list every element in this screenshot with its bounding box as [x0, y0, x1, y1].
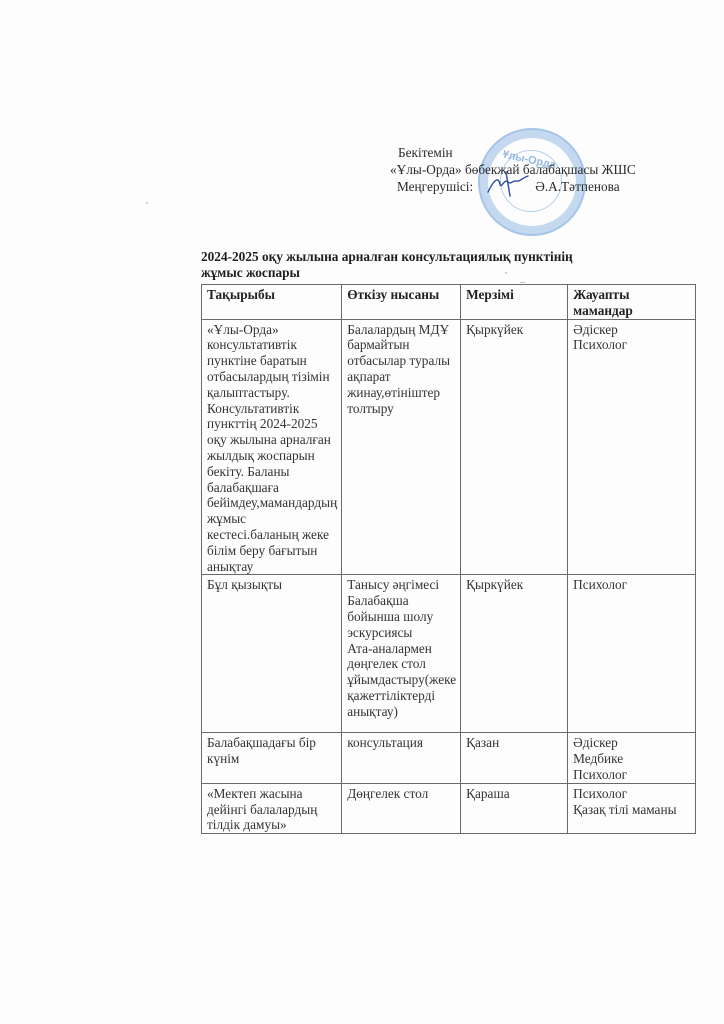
responsible-person: Қазақ тілі маманы: [573, 802, 691, 818]
form-item: Балабақша бойынша шолу эскурсиясы: [347, 593, 456, 640]
header-term: Мерзімі: [461, 285, 568, 320]
responsible-person: Психолог: [573, 767, 691, 783]
table-header-row: Тақырыбы Өткізу нысаны Мерзімі Жауапты м…: [202, 285, 696, 320]
head-line: Меңгерушісі:Ә.А.Тәтпенова: [390, 178, 636, 195]
cell-responsible: Әдіскер Медбике Психолог: [568, 733, 696, 783]
responsible-person: Әдіскер: [573, 735, 691, 751]
consultation-plan-table: Тақырыбы Өткізу нысаны Мерзімі Жауапты м…: [201, 284, 696, 834]
cell-responsible: Психолог Қазақ тілі маманы: [568, 783, 696, 833]
organization-name: «Ұлы-Орда» бөбекжай балабақшасы ЖШС: [390, 161, 636, 178]
scan-speck: [520, 282, 525, 283]
cell-term: Қыркүйек: [461, 575, 568, 733]
form-item: Танысу әңгімесі: [347, 577, 456, 593]
cell-form: консультация: [342, 733, 461, 783]
approval-block: Бекітемін «Ұлы-Орда» бөбекжай балабақшас…: [390, 144, 636, 195]
cell-responsible: Әдіскер Психолог: [568, 319, 696, 575]
head-name: Ә.А.Тәтпенова: [535, 179, 619, 194]
header-responsible: Жауапты мамандар: [568, 285, 696, 320]
responsible-person: Психолог: [573, 577, 691, 593]
approved-label: Бекітемін: [390, 144, 636, 161]
responsible-person: Психолог: [573, 337, 691, 353]
table-row: Бұл қызықты Танысу әңгімесі Балабақша бо…: [202, 575, 696, 733]
cell-topic: Бұл қызықты: [202, 575, 342, 733]
responsible-person: Психолог: [573, 786, 691, 802]
header-topic: Тақырыбы: [202, 285, 342, 320]
cell-form: Танысу әңгімесі Балабақша бойынша шолу э…: [342, 575, 461, 733]
document-title: 2024-2025 оқу жылына арналған консультац…: [201, 249, 601, 281]
cell-form: Дөңгелек стол: [342, 783, 461, 833]
cell-topic: «Мектеп жасына дейінгі балалардың тілдік…: [202, 783, 342, 833]
cell-responsible: Психолог: [568, 575, 696, 733]
scan-speck: [146, 202, 148, 204]
cell-topic: Балабақшадағы бір күнім: [202, 733, 342, 783]
cell-form: Балалардың МДҰ бармайтын отбасылар турал…: [342, 319, 461, 575]
responsible-person: Медбике: [573, 751, 691, 767]
table-row: «Ұлы-Орда» консультативтік пунктіне бара…: [202, 319, 696, 575]
table-row: Балабақшадағы бір күнім консультация Қаз…: [202, 733, 696, 783]
responsible-person: Әдіскер: [573, 322, 691, 338]
cell-term: Қыркүйек: [461, 319, 568, 575]
scanned-page: Ұлы-Орда Бекітемін «Ұлы-Орда» бөбекжай б…: [0, 0, 724, 1024]
form-item: Ата-аналармен дөңгелек стол ұйымдастыру(…: [347, 641, 456, 720]
head-label: Меңгерушісі:: [397, 179, 473, 194]
cell-term: Қазан: [461, 733, 568, 783]
cell-topic: «Ұлы-Орда» консультативтік пунктіне бара…: [202, 319, 342, 575]
cell-term: Қараша: [461, 783, 568, 833]
header-form: Өткізу нысаны: [342, 285, 461, 320]
table-row: «Мектеп жасына дейінгі балалардың тілдік…: [202, 783, 696, 833]
